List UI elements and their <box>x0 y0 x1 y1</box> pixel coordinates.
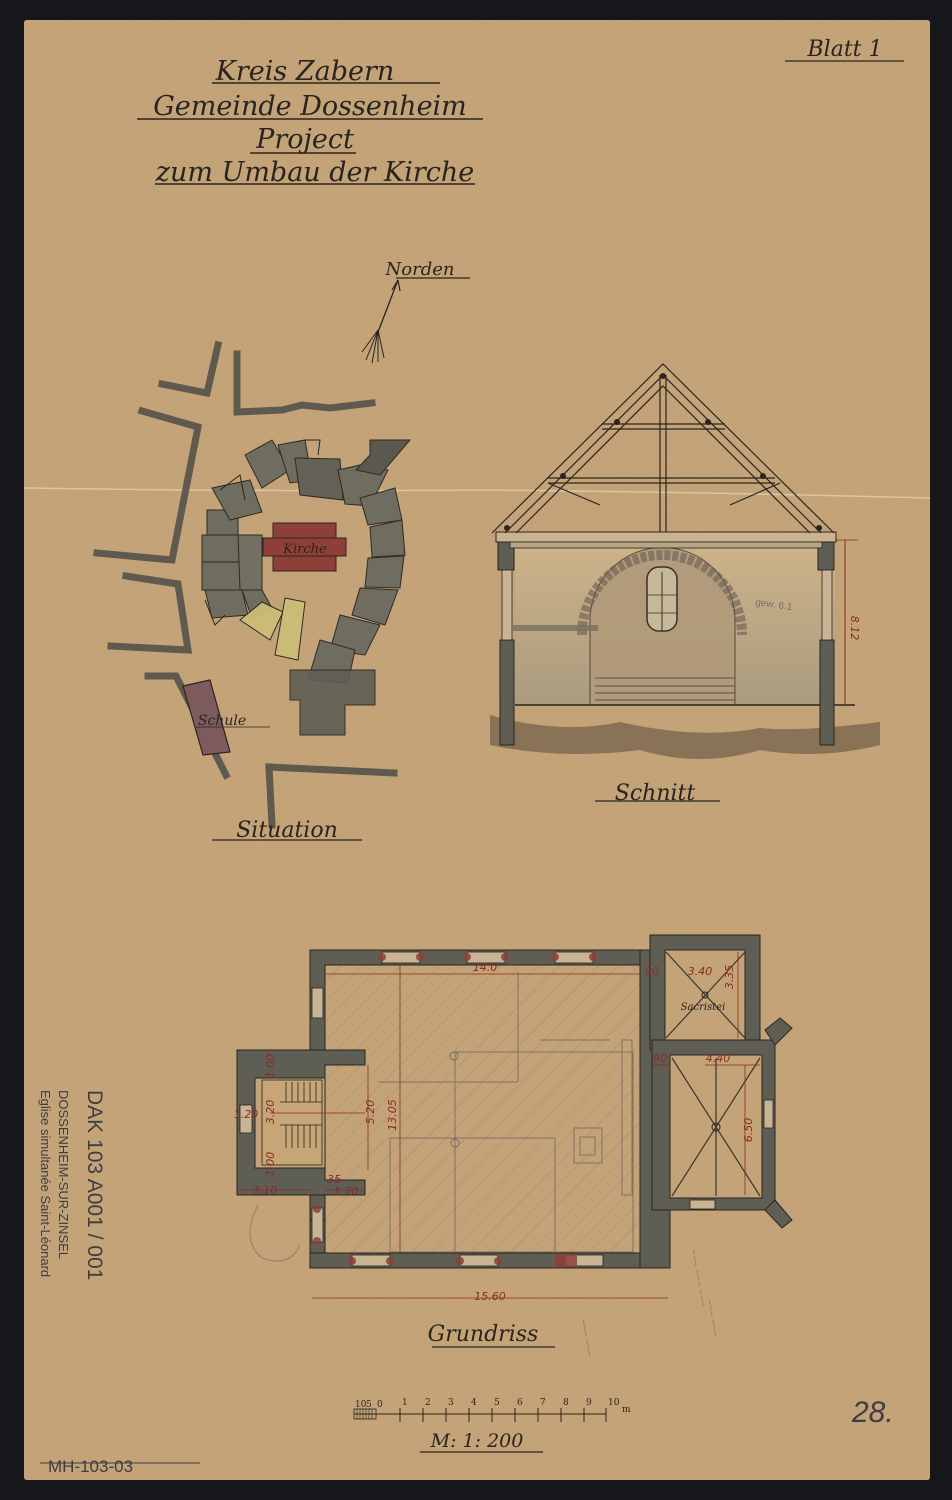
scale-tick: 8 <box>563 1398 569 1408</box>
scale-tick: 5 <box>494 1398 500 1408</box>
archive-subject: Eglise simultanée Saint-Léonard <box>38 1090 53 1277</box>
dim-stair-bottom: 1.00 <box>264 1152 277 1177</box>
dim-choir-depth: 6.50 <box>742 1118 755 1143</box>
scale-unit: m <box>622 1405 631 1415</box>
church-building: Kirche <box>263 523 346 571</box>
dim-sacristy-width: 3.40 <box>688 965 713 978</box>
scale-tick: 7 <box>540 1398 546 1408</box>
dim-porch-right: 1.70 <box>334 1185 359 1198</box>
dim-porch-gap: 35 <box>327 1173 341 1186</box>
section-height-dimension: 8.12 <box>848 616 861 641</box>
dim-choir-offset: 90 <box>653 1052 667 1065</box>
title-project: Project <box>255 124 354 155</box>
dim-sacristy-depth: 3.35 <box>723 965 736 990</box>
inventory-code: MH-103-03 <box>48 1457 133 1476</box>
scale-tick: 5 <box>366 1400 372 1410</box>
dim-stair-inner: 3.20 <box>264 1100 277 1125</box>
floor-plan-caption: Grundriss <box>428 1322 539 1347</box>
church-label: Kirche <box>282 542 327 557</box>
north-label: Norden <box>385 259 455 280</box>
scale-tick: 9 <box>586 1398 592 1408</box>
dim-choir-width: 4.40 <box>706 1052 731 1065</box>
page-number: 28. <box>851 1396 894 1429</box>
archive-location: DOSSENHEIM-SUR-ZINSEL <box>56 1090 71 1259</box>
dim-nave-depth: 13.05 <box>386 1099 399 1131</box>
scale-label: M: 1: 200 <box>430 1430 524 1452</box>
sheet-number-text: Blatt 1 <box>807 37 883 62</box>
architectural-drawing: Kreis Zabern Gemeinde Dossenheim Project… <box>0 0 952 1500</box>
scale-tick: 3 <box>448 1398 454 1408</box>
dim-stair-side: 1.20 <box>234 1108 259 1121</box>
dim-wall-top-right: 90 <box>645 965 659 978</box>
site-plan-caption: Situation <box>236 818 338 843</box>
scale-tick: 4 <box>471 1398 477 1408</box>
dim-stair-top: 1.00 <box>264 1054 277 1079</box>
scale-tick: 6 <box>517 1398 523 1408</box>
scale-tick: 1 <box>402 1398 408 1408</box>
scale-tick: 10 <box>608 1398 620 1408</box>
dim-bottom-width: 15.60 <box>474 1290 506 1303</box>
section-caption: Schnitt <box>615 781 696 806</box>
title-municipality: Gemeinde Dossenheim <box>153 91 467 122</box>
scale-tick: 10 <box>355 1400 367 1410</box>
dim-top-width: 14.0 <box>473 961 498 974</box>
sacristy-label: Sacristei <box>681 1002 726 1013</box>
scale-tick: 2 <box>425 1398 431 1408</box>
scale-tick: 0 <box>377 1400 383 1410</box>
archive-call-number: DAK 103 A001 / 001 <box>83 1090 106 1280</box>
dim-porch-left: 3.10 <box>253 1184 278 1197</box>
dim-stair-depth: 5.20 <box>364 1100 377 1125</box>
